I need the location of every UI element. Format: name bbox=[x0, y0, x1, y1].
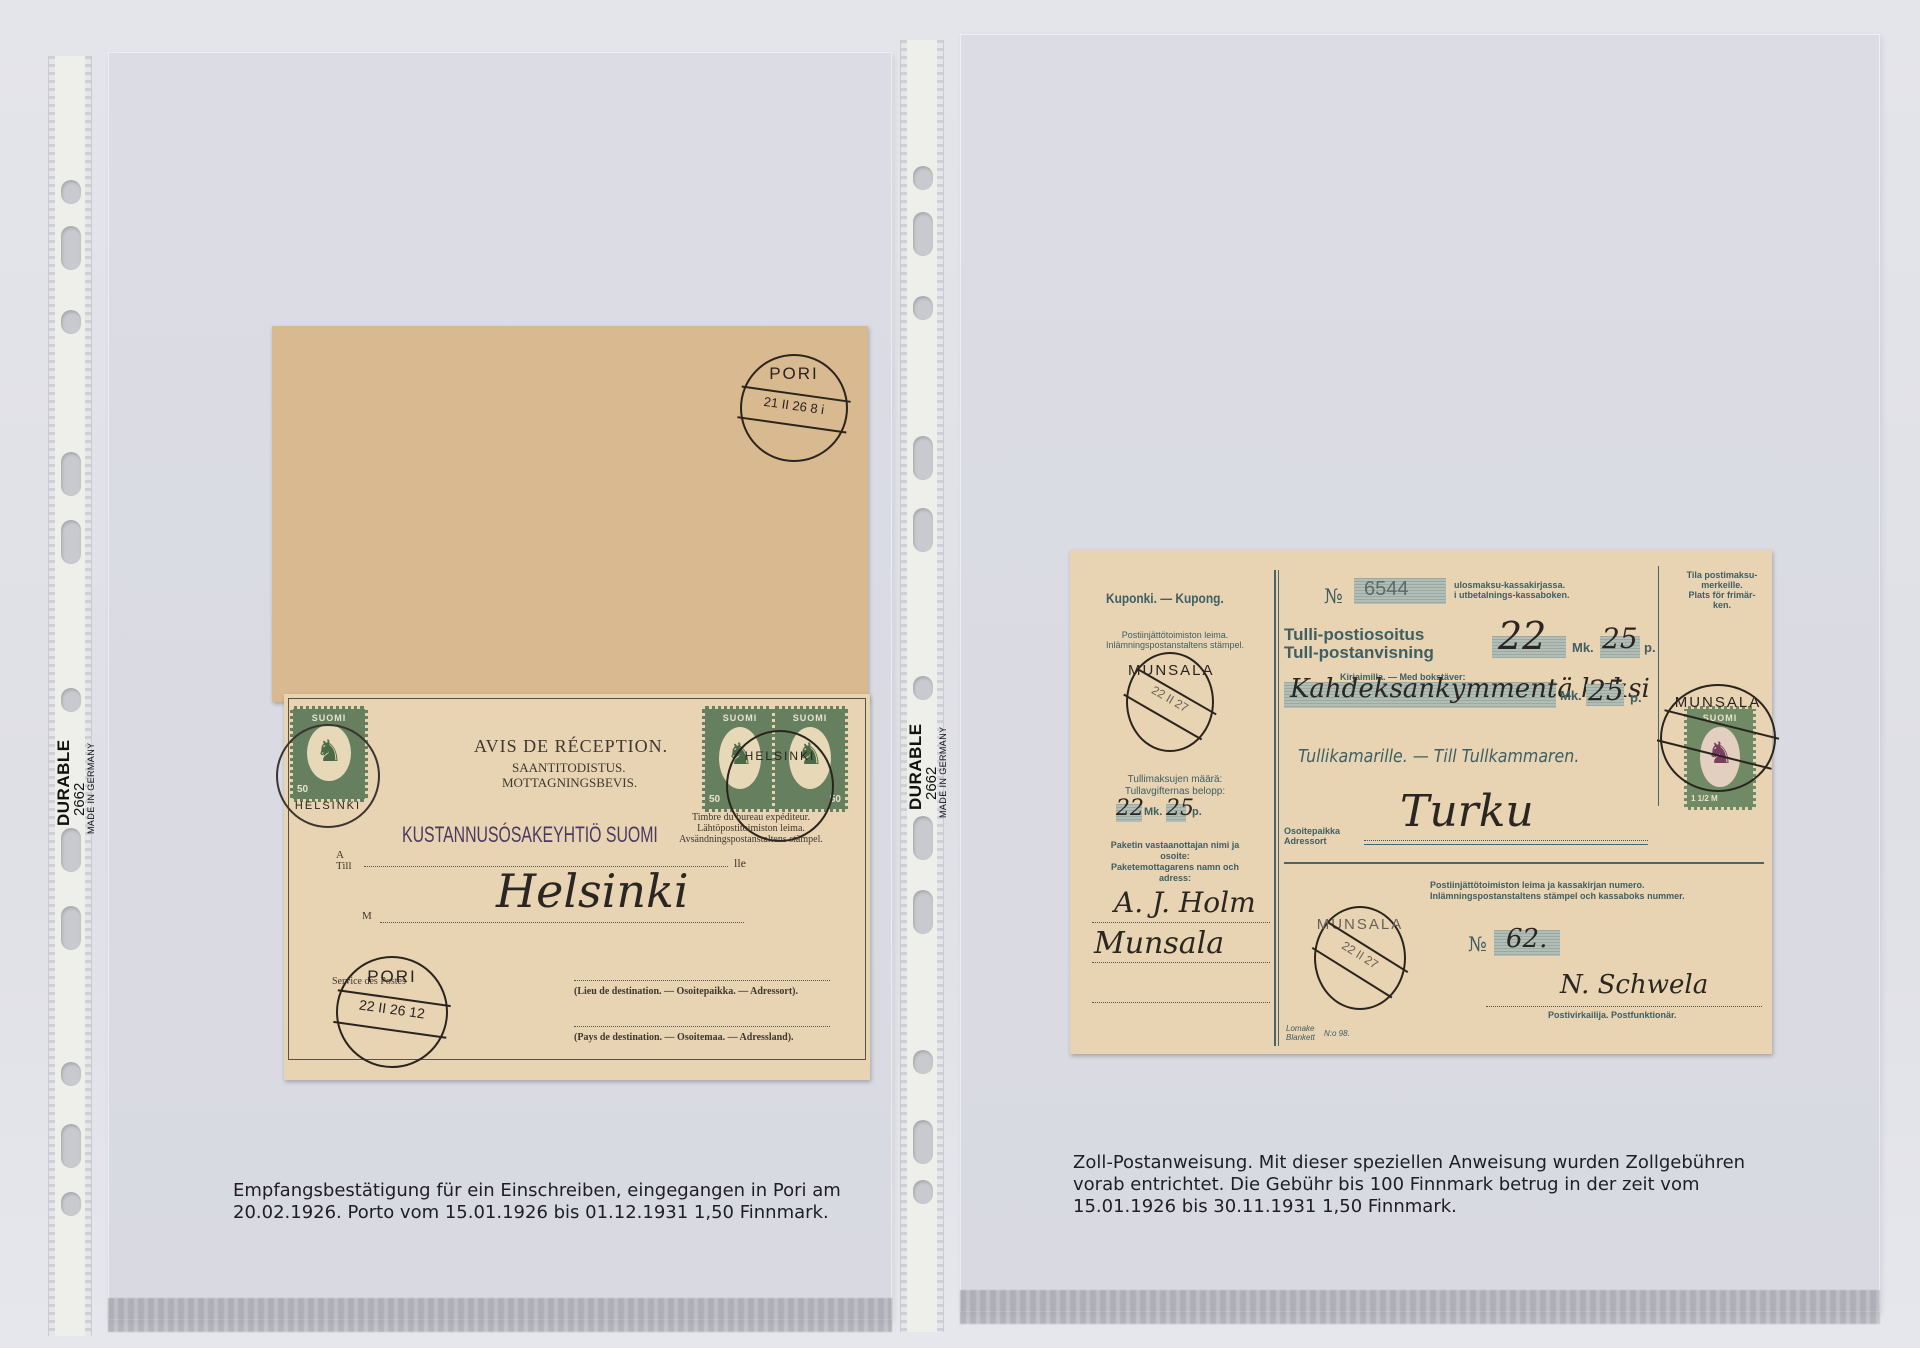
punch-hole bbox=[61, 1062, 81, 1086]
card-subtitle-swedish: MOTTAGNINGSBEVIS. bbox=[502, 775, 637, 791]
dotted-line bbox=[1486, 1006, 1762, 1007]
postmark-band bbox=[1657, 710, 1780, 771]
serial-note: ulosmaksu-kassakirjassa. i utbetalnings-… bbox=[1454, 580, 1570, 600]
label-line: Tullimaksujen määrä: bbox=[1080, 774, 1270, 786]
form-number: N:o 98. bbox=[1324, 1029, 1350, 1038]
p-label: p. bbox=[1630, 690, 1642, 705]
punch-hole bbox=[61, 1124, 81, 1168]
section-divider bbox=[1284, 862, 1764, 864]
postmark-pori-dispatch: PORI 22 II 26 12 bbox=[336, 956, 448, 1068]
address-underline bbox=[1364, 844, 1648, 845]
form-title: Tulli-postiosoitus Tull-postanvisning bbox=[1284, 626, 1434, 662]
dotted-line bbox=[574, 980, 830, 981]
binder-model-label: 2662 bbox=[72, 783, 87, 816]
p-label: p. bbox=[1644, 640, 1656, 655]
punch-hole bbox=[61, 226, 81, 270]
receipt-number-handwritten: 62. bbox=[1506, 924, 1547, 954]
stamp-box-line-sv: Avsändningspostanstaltens stämpel. bbox=[666, 834, 836, 845]
stamp-country: SUOMI bbox=[705, 713, 775, 723]
label-line: Postiinjättötoimiston leima. bbox=[1080, 630, 1270, 640]
perforation bbox=[49, 56, 55, 1336]
mk-label: Mk. bbox=[1560, 688, 1582, 703]
serial-number: 6544 bbox=[1364, 578, 1409, 601]
number-symbol: № bbox=[1468, 932, 1487, 956]
punch-hole bbox=[913, 508, 933, 552]
label-line: Plats för frimär- bbox=[1674, 590, 1770, 600]
left-punch-strip: DURABLE 2662 MADE IN GERMANY bbox=[48, 56, 92, 1336]
postmark-city: PORI bbox=[338, 967, 446, 987]
label-line: Inlämningspostanstaltens stämpel och kas… bbox=[1430, 891, 1685, 902]
label-line: merkeille. bbox=[1674, 580, 1770, 590]
p-label: p. bbox=[1192, 806, 1202, 818]
country-line-label: (Pays de destination. — Osoitemaa. — Adr… bbox=[574, 1032, 794, 1043]
punch-hole bbox=[913, 436, 933, 480]
label-line: Lomake bbox=[1286, 1024, 1315, 1033]
postmark-munsala-coupon: MUNSALA 22 II 27 bbox=[1126, 652, 1214, 752]
punch-hole bbox=[913, 1120, 933, 1164]
label-line: Postiinjättötoimiston leima ja kassakirj… bbox=[1430, 880, 1685, 891]
dotted-line bbox=[380, 922, 744, 923]
postmark-helsinki-left: HELSINKI bbox=[276, 724, 380, 828]
perforation bbox=[85, 56, 91, 1336]
clerk-signature: N. Schwela bbox=[1560, 970, 1708, 1000]
origin-text: MADE IN GERMANY bbox=[939, 726, 948, 818]
to-label-till: Till bbox=[336, 861, 352, 872]
sender-office-stamp-label: Timbre du bureau expéditeur. Lähtöpostit… bbox=[666, 812, 836, 845]
perforation bbox=[937, 40, 943, 1332]
postmark-munsala-stamp: MUNSALA bbox=[1660, 684, 1776, 792]
punch-hole bbox=[61, 1192, 81, 1216]
fee-mk-handwritten: 22 bbox=[1116, 796, 1144, 821]
coupon-divider-2 bbox=[1278, 570, 1279, 1046]
right-caption: Zoll-Postanweisung. Mit dieser spezielle… bbox=[1073, 1152, 1745, 1218]
mk-label: Mk. bbox=[1144, 806, 1162, 818]
binder-model-label: 2662 bbox=[924, 767, 939, 800]
punch-hole bbox=[913, 166, 933, 190]
punch-hole bbox=[913, 890, 933, 934]
reply-card-top-panel: PORI 21 II 26 8 i bbox=[272, 326, 868, 702]
card-title: AVIS DE RÉCEPTION. bbox=[474, 736, 668, 757]
postmark-city: MUNSALA bbox=[1662, 694, 1774, 711]
stamp-box-line-fi: Lähtöpostitoimiston leima. bbox=[666, 823, 836, 834]
right-sleeve-edge bbox=[960, 1290, 1880, 1324]
label-line: Osoitepaikka bbox=[1284, 826, 1340, 836]
recipient-place-handwritten: Munsala bbox=[1094, 926, 1224, 961]
form-title-finnish: Tulli-postiosoitus bbox=[1284, 626, 1434, 644]
punch-hole bbox=[61, 180, 81, 204]
model-number: 2662 bbox=[924, 767, 939, 800]
postmark-city: HELSINKI bbox=[728, 749, 832, 763]
number-symbol: № bbox=[1324, 584, 1343, 608]
left-sleeve-edge bbox=[108, 1298, 892, 1332]
label-line: ulosmaksu-kassakirjassa. bbox=[1454, 580, 1570, 590]
binder-origin-label: MADE IN GERMANY bbox=[87, 742, 96, 834]
coupon-title: Kuponki. — Kupong. bbox=[1106, 590, 1224, 606]
dotted-line bbox=[1364, 840, 1648, 841]
address-place-handwritten: Turku bbox=[1400, 786, 1534, 837]
recipient-label: Paketin vastaanottajan nimi ja osoite: P… bbox=[1080, 840, 1270, 884]
label-line: Tila postimaksu- bbox=[1674, 570, 1770, 580]
stamp-country: SUOMI bbox=[775, 713, 845, 723]
suffix-lle: lle bbox=[734, 856, 746, 871]
recipient-name-handwritten: A. J. Holm bbox=[1114, 886, 1256, 919]
postmark-city: HELSINKI bbox=[278, 800, 378, 812]
label-line: ken. bbox=[1674, 600, 1770, 610]
form-label: Lomake Blankett bbox=[1286, 1024, 1315, 1042]
origin-text: MADE IN GERMANY bbox=[87, 742, 96, 834]
dotted-line bbox=[574, 1026, 830, 1027]
caption-line: vorab entrichtet. Die Gebühr bis 100 Fin… bbox=[1073, 1174, 1745, 1196]
caption-line: 15.01.1926 bis 30.11.1931 1,50 Finnmark. bbox=[1073, 1196, 1745, 1218]
caption-line: Empfangsbestätigung für ein Einschreiben… bbox=[233, 1180, 841, 1202]
dotted-line bbox=[1092, 962, 1270, 963]
stamp-country: SUOMI bbox=[293, 713, 365, 723]
coupon-divider bbox=[1274, 570, 1276, 1046]
reply-card-form-panel: SUOMI ♞ 50 HELSINKI AVIS DE RÉCEPTION. S… bbox=[284, 694, 870, 1080]
label-line: Paketin vastaanottajan nimi ja bbox=[1080, 840, 1270, 851]
dotted-line bbox=[1092, 922, 1270, 923]
addressee-label: Tullikamarille. — Till Tullkammaren. bbox=[1298, 746, 1579, 767]
postmark-munsala-receipt: MUNSALA 22 II 27 bbox=[1314, 906, 1406, 1010]
punch-hole bbox=[61, 520, 81, 564]
binder-origin-label: MADE IN GERMANY bbox=[939, 726, 948, 818]
card-subtitle-finnish: SAANTITODISTUS. bbox=[512, 760, 626, 776]
punch-hole bbox=[61, 452, 81, 496]
punch-hole bbox=[61, 906, 81, 950]
punch-hole bbox=[913, 1180, 933, 1204]
punch-hole bbox=[913, 676, 933, 700]
stamp-area-divider bbox=[1658, 566, 1659, 806]
punch-hole bbox=[913, 1050, 933, 1074]
right-punch-strip: DURABLE 2662 MADE IN GERMANY bbox=[900, 40, 944, 1332]
label-line: osoite: bbox=[1080, 851, 1270, 862]
punch-hole bbox=[61, 688, 81, 712]
amount-mk-handwritten: 22 bbox=[1498, 614, 1546, 658]
to-label: A Till bbox=[336, 850, 352, 872]
stamp-value: 50 bbox=[709, 794, 720, 805]
label-line: Inlämningspostanstaltens stämpel. bbox=[1080, 640, 1270, 650]
label-line: Adressort bbox=[1284, 836, 1340, 846]
caption-line: Zoll-Postanweisung. Mit dieser spezielle… bbox=[1073, 1152, 1745, 1174]
mk-label: Mk. bbox=[1572, 640, 1594, 655]
customs-money-order: Kuponki. — Kupong. Postiinjättötoimiston… bbox=[1070, 550, 1772, 1054]
stamp-space-label: Tila postimaksu- merkeille. Plats för fr… bbox=[1674, 570, 1770, 610]
clerk-label: Postivirkailija. Postfunktionär. bbox=[1548, 1010, 1677, 1020]
label-line: Blankett bbox=[1286, 1033, 1315, 1042]
form-title-swedish: Tull-postanvisning bbox=[1284, 644, 1434, 662]
amount-words-p-handwritten: 25 bbox=[1588, 674, 1624, 707]
dotted-line bbox=[1092, 1002, 1270, 1003]
punch-hole bbox=[913, 212, 933, 256]
fee-label: Tullimaksujen määrä: Tullavgifternas bel… bbox=[1080, 774, 1270, 798]
postmark-city: PORI bbox=[742, 364, 846, 384]
perforation bbox=[901, 40, 907, 1332]
punch-hole bbox=[61, 310, 81, 334]
receipt-label: Postiinjättötoimiston leima ja kassakirj… bbox=[1430, 880, 1685, 902]
publisher-handstamp: KUSTANNUSÓSAKEYHTIÖ SUOMI bbox=[402, 822, 658, 848]
fee-p-handwritten: 25 bbox=[1166, 796, 1194, 821]
punch-hole bbox=[61, 828, 81, 872]
model-number: 2662 bbox=[72, 783, 87, 816]
m-label: M bbox=[362, 910, 372, 922]
address-label: Osoitepaikka Adressort bbox=[1284, 826, 1340, 846]
label-line: i utbetalnings-kassaboken. bbox=[1454, 590, 1570, 600]
amount-p-handwritten: 25 bbox=[1602, 622, 1638, 655]
stamp-box-line-fr: Timbre du bureau expéditeur. bbox=[666, 812, 836, 823]
label-line: adress: bbox=[1080, 873, 1270, 884]
coupon-stamp-label: Postiinjättötoimiston leima. Inlämningsp… bbox=[1080, 630, 1270, 650]
stamp-value: 1 1/2 M bbox=[1691, 794, 1718, 803]
caption-line: 20.02.1926. Porto vom 15.01.1926 bis 01.… bbox=[233, 1202, 841, 1224]
postmark-pori-arrival: PORI 21 II 26 8 i bbox=[740, 354, 848, 462]
punch-hole bbox=[913, 296, 933, 320]
left-caption: Empfangsbestätigung für ein Einschreiben… bbox=[233, 1180, 841, 1224]
destination-line-label: (Lieu de destination. — Osoitepaikka. — … bbox=[574, 986, 798, 997]
punch-hole bbox=[913, 816, 933, 860]
handwritten-destination: Helsinki bbox=[496, 864, 689, 918]
label-line: Paketemottagarens namn och bbox=[1080, 862, 1270, 873]
